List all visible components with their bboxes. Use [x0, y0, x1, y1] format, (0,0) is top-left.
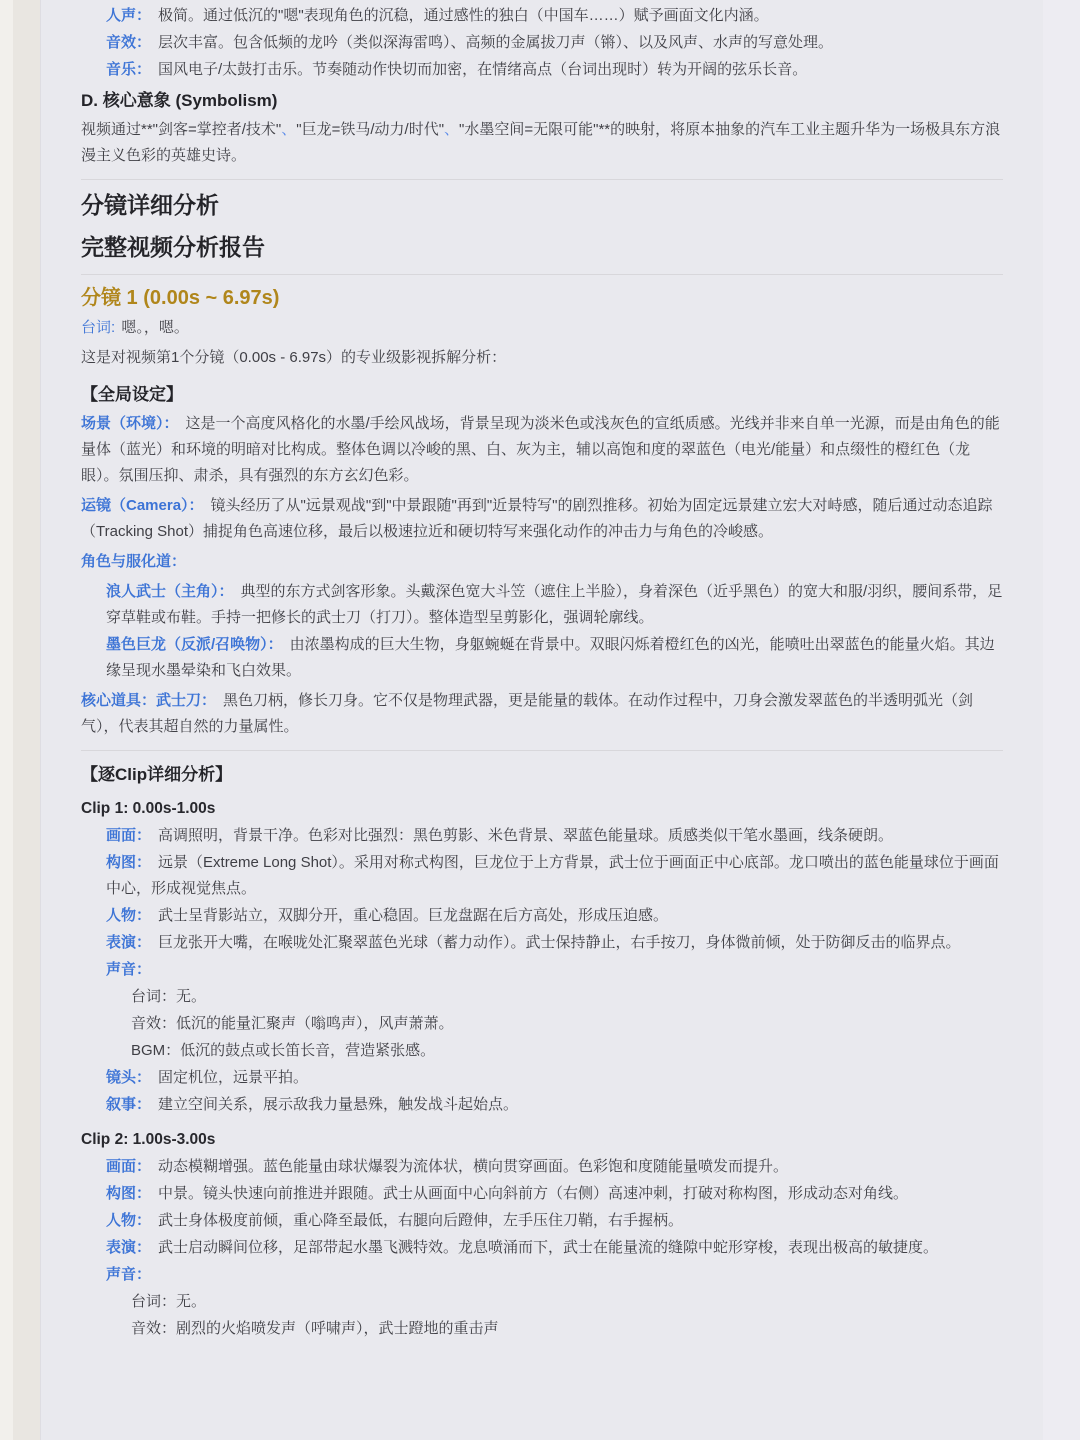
item-text: 武士身体极度前倾，重心降至最低，右腿向后蹬伸，左手压住刀鞘，右手握柄。 — [158, 1212, 683, 1229]
item-text: BGM：低沉的鼓点或长笛长音，营造紧张感。 — [131, 1042, 435, 1059]
item-text: 高调照明，背景干净。色彩对比强烈：黑色剪影、米色背景、翠蓝色能量球。质感类似干笔… — [158, 827, 893, 844]
item-label: 场景（环境）： — [81, 415, 179, 432]
item-text: 台词：无。 — [131, 988, 206, 1005]
item-text: 台词：无。 — [131, 1293, 206, 1310]
list-item: 画面：高调照明，背景干净。色彩对比强烈：黑色剪影、米色背景、翠蓝色能量球。质感类… — [81, 823, 1003, 849]
list-item: 构图：远景（Extreme Long Shot）。采用对称式构图，巨龙位于上方背… — [81, 850, 1003, 902]
item-text: 这是对视频第1个分镜（0.00s - 6.97s）的专业级影视拆解分析： — [81, 349, 506, 366]
shot-heading: 分镜 1 (0.00s ~ 6.97s) — [81, 285, 1003, 311]
blue-separator: 、 — [281, 121, 296, 138]
list-item: 浪人武士（主角）：典型的东方式剑客形象。头戴深色宽大斗笠（遮住上半脸），身着深色… — [81, 579, 1003, 631]
list-item: 表演：巨龙张开大嘴，在喉咙处汇聚翠蓝色光球（蓄力动作）。武士保持静止，右手按刀，… — [81, 930, 1003, 956]
list-item: 音效：剧烈的火焰喷发声（呼啸声），武士蹬地的重击声 — [81, 1316, 1003, 1342]
list-item: 人物：武士身体极度前倾，重心降至最低，右腿向后蹬伸，左手压住刀鞘，右手握柄。 — [81, 1208, 1003, 1234]
paragraph: 台词: 嗯。，嗯。 — [81, 315, 1003, 341]
item-label: 角色与服化道： — [81, 553, 186, 570]
item-text: 嗯。，嗯。 — [121, 319, 189, 336]
item-text: 建立空间关系，展示敌我力量悬殊，触发战斗起始点。 — [158, 1096, 518, 1113]
section-divider — [81, 274, 1003, 275]
list-item: 画面：动态模糊增强。蓝色能量由球状爆裂为流体状，横向贯穿画面。色彩饱和度随能量喷… — [81, 1154, 1003, 1180]
item-label: 画面： — [106, 827, 151, 844]
list-item: 音乐：国风电子/太鼓打击乐。节奏随动作快切而加密，在情绪高点（台词出现时）转为开… — [81, 57, 1003, 83]
item-label: 表演： — [106, 934, 151, 951]
list-item: 人物：武士呈背影站立，双脚分开，重心稳固。巨龙盘踞在后方高处，形成压迫感。 — [81, 903, 1003, 929]
bracket-heading: 【全局设定】 — [81, 383, 1003, 407]
item-label: 人物： — [106, 907, 151, 924]
item-label: 人物： — [106, 1212, 151, 1229]
text-segment: 视频通过**"剑客=掌控者/技术" — [81, 121, 281, 138]
page-title: 完整视频分析报告 — [81, 232, 1003, 262]
left-gutter — [0, 0, 40, 1440]
document-panel[interactable]: 人声：极简。通过低沉的"嗯"表现角色的沉稳，通过感性的独白（中国车……）赋予画面… — [40, 0, 1043, 1440]
item-text: 国风电子/太鼓打击乐。节奏随动作快切而加密，在情绪高点（台词出现时）转为开阔的弦… — [158, 61, 807, 78]
section-divider — [81, 179, 1003, 180]
bracket-heading: 【逐Clip详细分析】 — [81, 763, 1003, 787]
paragraph: 视频通过**"剑客=掌控者/技术"、"巨龙=铁马/动力/时代"、"水墨空间=无限… — [81, 117, 1003, 169]
item-label: 构图： — [106, 1185, 151, 1202]
clip-heading: Clip 2: 1.00s-3.00s — [81, 1128, 1003, 1152]
item-text: 动态模糊增强。蓝色能量由球状爆裂为流体状，横向贯穿画面。色彩饱和度随能量喷发而提… — [158, 1158, 788, 1175]
item-text: 典型的东方式剑客形象。头戴深色宽大斗笠（遮住上半脸），身着深色（近乎黑色）的宽大… — [106, 583, 1002, 626]
item-text: 武士呈背影站立，双脚分开，重心稳固。巨龙盘踞在后方高处，形成压迫感。 — [158, 907, 668, 924]
list-item: 镜头：固定机位，远景平拍。 — [81, 1065, 1003, 1091]
list-item: 台词：无。 — [81, 984, 1003, 1010]
paragraph: 角色与服化道： — [81, 549, 1003, 575]
list-item: 叙事：建立空间关系，展示敌我力量悬殊，触发战斗起始点。 — [81, 1092, 1003, 1118]
item-text: 巨龙张开大嘴，在喉咙处汇聚翠蓝色光球（蓄力动作）。武士保持静止，右手按刀，身体微… — [158, 934, 961, 951]
item-label: 墨色巨龙（反派/召唤物）： — [106, 636, 283, 653]
right-gutter — [1041, 0, 1080, 1440]
item-label: 构图： — [106, 854, 151, 871]
list-item: 台词：无。 — [81, 1289, 1003, 1315]
sub-heading: D. 核心意象 (Symbolism) — [81, 89, 1003, 113]
list-item: 墨色巨龙（反派/召唤物）：由浓墨构成的巨大生物，身躯蜿蜒在背景中。双眼闪烁着橙红… — [81, 632, 1003, 684]
paragraph: 核心道具：武士刀：黑色刀柄，修长刀身。它不仅是物理武器，更是能量的载体。在动作过… — [81, 688, 1003, 740]
paragraph: 这是对视频第1个分镜（0.00s - 6.97s）的专业级影视拆解分析： — [81, 345, 1003, 371]
item-text: 音效：剧烈的火焰喷发声（呼啸声），武士蹬地的重击声 — [131, 1320, 499, 1337]
section-divider — [81, 750, 1003, 751]
item-text: 音效：低沉的能量汇聚声（嗡鸣声），风声萧萧。 — [131, 1015, 454, 1032]
item-label: 音乐： — [106, 61, 151, 78]
page-title: 分镜详细分析 — [81, 190, 1003, 220]
item-label: 镜头： — [106, 1069, 151, 1086]
item-label: 叙事： — [106, 1096, 151, 1113]
item-label: 声音： — [106, 961, 151, 978]
item-label: 台词: — [81, 319, 119, 336]
item-label: 人声： — [106, 7, 151, 24]
item-text: 固定机位，远景平拍。 — [158, 1069, 308, 1086]
text-segment: "巨龙=铁马/动力/时代" — [296, 121, 444, 138]
item-text: 远景（Extreme Long Shot）。采用对称式构图，巨龙位于上方背景，武… — [106, 854, 999, 897]
left-edge-strip — [0, 0, 13, 1440]
clip-heading: Clip 1: 0.00s-1.00s — [81, 797, 1003, 821]
list-item: 音效：层次丰富。包含低频的龙吟（类似深海雷鸣）、高频的金属拔刀声（锵）、以及风声… — [81, 30, 1003, 56]
list-item: 构图：中景。镜头快速向前推进并跟随。武士从画面中心向斜前方（右侧）高速冲刺，打破… — [81, 1181, 1003, 1207]
item-label: 表演： — [106, 1239, 151, 1256]
item-text: 武士启动瞬间位移，足部带起水墨飞溅特效。龙息喷涌而下，武士在能量流的缝隙中蛇形穿… — [158, 1239, 938, 1256]
paragraph: 运镜（Camera）：镜头经历了从"远景观战"到"中景跟随"再到"近景特写"的剧… — [81, 493, 1003, 545]
list-item: 音效：低沉的能量汇聚声（嗡鸣声），风声萧萧。 — [81, 1011, 1003, 1037]
list-item: 声音： — [81, 957, 1003, 983]
item-label: 音效： — [106, 34, 151, 51]
list-item: 表演：武士启动瞬间位移，足部带起水墨飞溅特效。龙息喷涌而下，武士在能量流的缝隙中… — [81, 1235, 1003, 1261]
list-item: 声音： — [81, 1262, 1003, 1288]
item-label: 浪人武士（主角）： — [106, 583, 234, 600]
document-content: 人声：极简。通过低沉的"嗯"表现角色的沉稳，通过感性的独白（中国车……）赋予画面… — [41, 0, 1043, 1342]
item-text: 极简。通过低沉的"嗯"表现角色的沉稳，通过感性的独白（中国车……）赋予画面文化内… — [158, 7, 769, 24]
item-label: 运镜（Camera）： — [81, 497, 204, 514]
list-item: 人声：极简。通过低沉的"嗯"表现角色的沉稳，通过感性的独白（中国车……）赋予画面… — [81, 3, 1003, 29]
item-text: 镜头经历了从"远景观战"到"中景跟随"再到"近景特写"的剧烈推移。初始为固定远景… — [81, 497, 993, 540]
list-item: BGM：低沉的鼓点或长笛长音，营造紧张感。 — [81, 1038, 1003, 1064]
item-text: 层次丰富。包含低频的龙吟（类似深海雷鸣）、高频的金属拔刀声（锵）、以及风声、水声… — [158, 34, 833, 51]
paragraph: 场景（环境）：这是一个高度风格化的水墨/手绘风战场，背景呈现为淡米色或浅灰色的宣… — [81, 411, 1003, 489]
item-label: 核心道具：武士刀： — [81, 692, 216, 709]
item-text: 这是一个高度风格化的水墨/手绘风战场，背景呈现为淡米色或浅灰色的宣纸质感。光线并… — [81, 415, 1000, 484]
blue-separator: 、 — [444, 121, 459, 138]
item-label: 画面： — [106, 1158, 151, 1175]
item-label: 声音： — [106, 1266, 151, 1283]
item-text: 中景。镜头快速向前推进并跟随。武士从画面中心向斜前方（右侧）高速冲刺，打破对称构… — [158, 1185, 908, 1202]
